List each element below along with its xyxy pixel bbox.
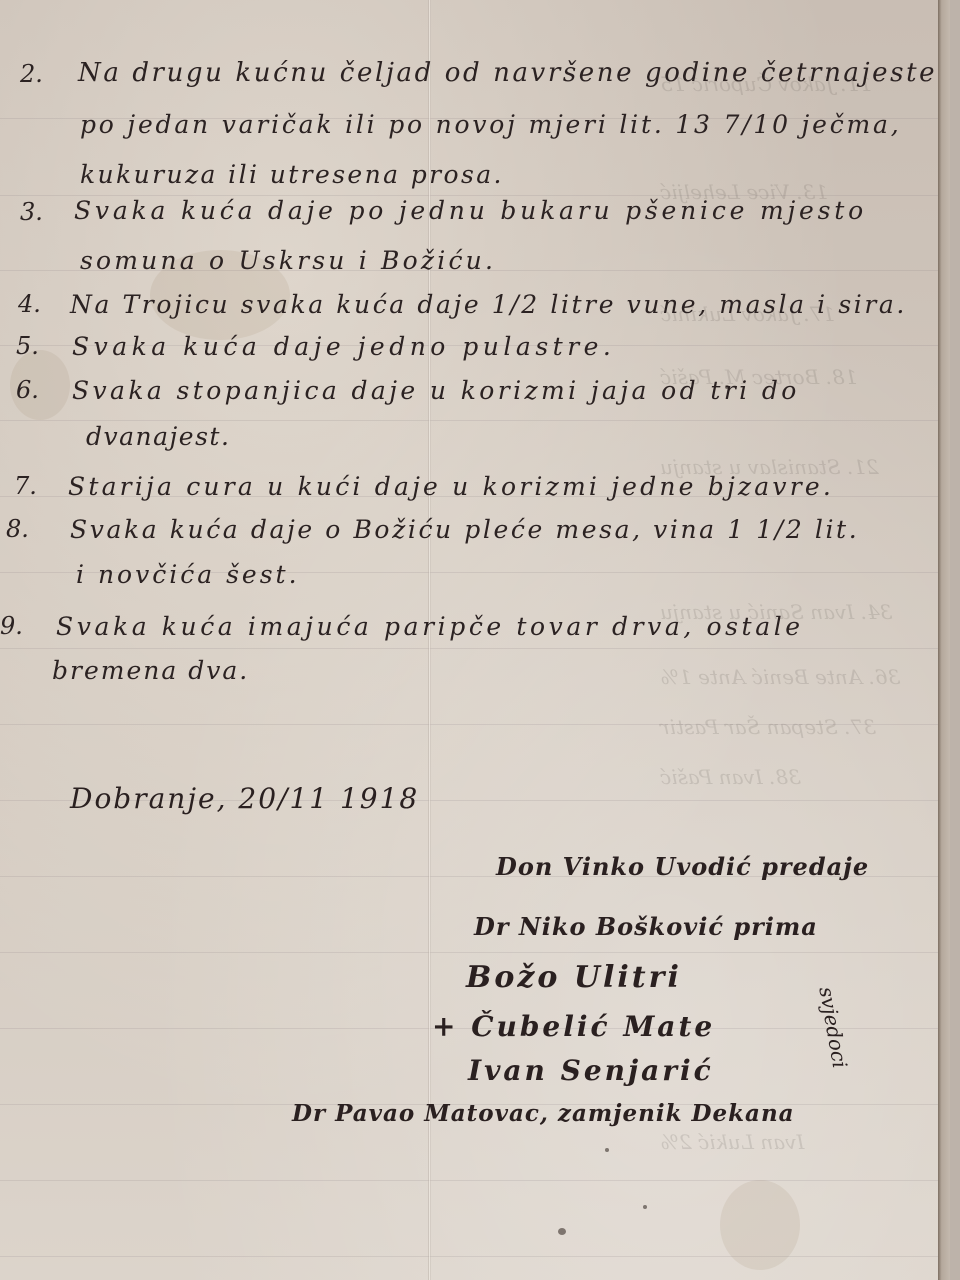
item-2-line-1: Na drugu kućnu čeljad od navršene godine…	[78, 58, 937, 88]
item-4-line-1: Na Trojicu svaka kuća daje 1/2 litre vun…	[70, 290, 907, 319]
item-number: 9.	[0, 612, 23, 640]
item-3-line-2: somuna o Uskrsu i Božiću.	[80, 246, 496, 275]
ruled-line	[0, 1180, 950, 1181]
item-number: 5.	[16, 332, 39, 360]
item-number: 7.	[14, 472, 37, 500]
item-9-line-2: bremena dva.	[52, 656, 249, 685]
signature-4: + Čubelić Mate	[432, 1010, 715, 1043]
ruled-line	[0, 648, 950, 649]
paper-stain	[720, 1180, 800, 1270]
signature-6: Dr Pavao Matovac, zamjenik Dekana	[292, 1100, 795, 1127]
item-6-line-2: dvanajest.	[86, 422, 230, 451]
document-page: 11. Jakov Ćuporić 15 13. Vice Leheljić 1…	[0, 0, 950, 1280]
bleed-through-text: 37. Stepan Šar Pastir	[660, 715, 876, 739]
item-7-line-1: Starija cura u kući daje u korizmi jedne…	[68, 472, 834, 501]
page-edge	[938, 0, 950, 1280]
signature-3: Božo Ulitri	[466, 960, 682, 995]
ink-speck	[643, 1205, 647, 1209]
ruled-line	[0, 1256, 950, 1257]
item-number: 3.	[20, 198, 43, 226]
item-8-line-1: Svaka kuća daje o Božiću pleće mesa, vin…	[70, 515, 859, 544]
item-number: 8.	[6, 515, 29, 543]
ruled-line	[0, 420, 950, 421]
item-2-line-2: po jedan varičak ili po novoj mjeri lit.…	[80, 110, 901, 139]
item-number: 6.	[16, 376, 39, 404]
signature-1: Don Vinko Uvodić predaje	[496, 852, 869, 881]
item-2-line-3: kukuruza ili utresena prosa.	[80, 160, 504, 189]
signature-2: Dr Niko Bošković prima	[474, 912, 818, 941]
bleed-through-text: Ivan Lukić 2%	[660, 1130, 804, 1154]
item-8-line-2: i novčića šest.	[76, 560, 300, 589]
item-number: 2.	[20, 60, 43, 88]
item-6-line-1: Svaka stopanjica daje u korizmi jaja od …	[72, 376, 800, 405]
ink-speck	[558, 1228, 566, 1235]
signature-5: Ivan Senjarić	[468, 1054, 714, 1087]
item-9-line-1: Svaka kuća imajuća paripče tovar drva, o…	[56, 612, 804, 641]
item-3-line-1: Svaka kuća daje po jednu bukaru pšenice …	[74, 196, 867, 225]
bleed-through-text: 36. Ante Benić Ante 1%	[660, 665, 900, 689]
ruled-line	[0, 952, 950, 953]
ink-speck	[605, 1148, 609, 1152]
item-5-line-1: Svaka kuća daje jedno pulastre.	[72, 332, 615, 361]
bleed-through-text: 38. Ivan Pašić	[660, 765, 801, 789]
place-date: Dobranje, 20/11 1918	[70, 782, 419, 815]
item-number: 4.	[18, 290, 41, 318]
